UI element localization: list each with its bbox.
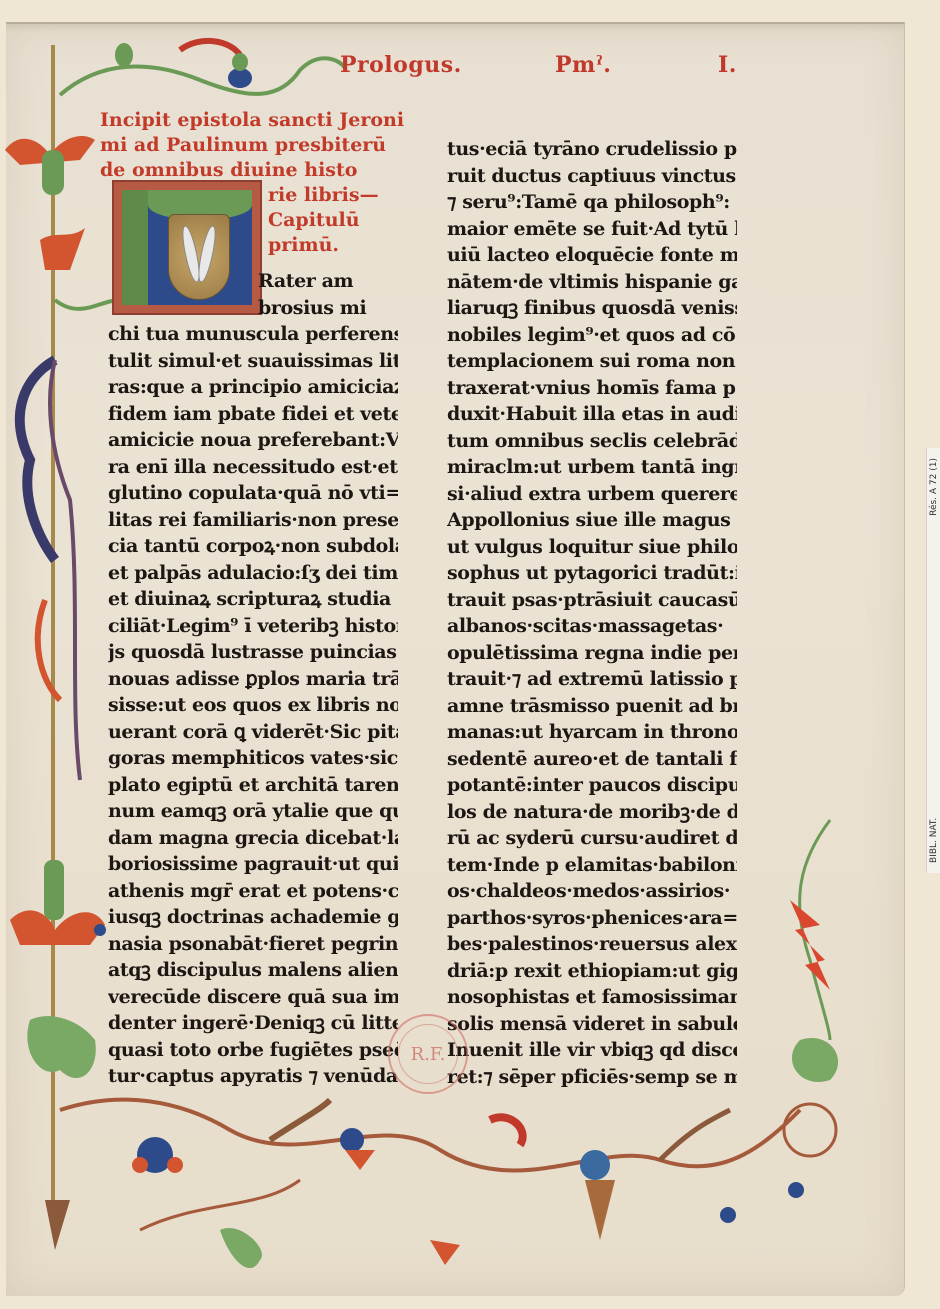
text-line: albanos·scitas·massagetas· [447, 613, 737, 640]
folio-number: I. [718, 52, 737, 78]
text-line: goras memphiticos vates·sic [108, 745, 398, 772]
text-column-right: tus·eciā tyrāno crudelissio pa= ruit duc… [447, 136, 737, 1090]
text-line: tem·Inde p elamitas·babiloni= [447, 852, 737, 879]
text-line: trauit psas·ptrāsiuit caucasū· [447, 587, 737, 614]
text-line: Rater am [108, 268, 398, 295]
text-line: chi tua munuscula perferens de= [108, 321, 398, 348]
text-line: tus·eciā tyrāno crudelissio pa= [447, 136, 737, 163]
text-line: solis mensā videret in sabulo: [447, 1011, 737, 1038]
text-line: sedentē aureo·et de tantali fōte [447, 746, 737, 773]
text-line: ut vulgus loquitur siue philo= [447, 534, 737, 561]
text-line: os·chaldeos·medos·assirios· [447, 878, 737, 905]
text-line: manas:ut hyarcam in throno [447, 719, 737, 746]
text-line: los de natura·de moribꝫ·de die= [447, 799, 737, 826]
text-line: js quosdā lustrasse puincias· [108, 639, 398, 666]
text-line: Inuenit ille vir vbiqꝫ qd disce= [447, 1037, 737, 1064]
text-line: quasi toto orbe fugiētes pseq̄= [108, 1037, 398, 1064]
text-line: liaruqꝫ finibus quosdā venisse [447, 295, 737, 322]
shelfmark: Rés. A 72 (1) [927, 458, 940, 516]
text-line: traxerat·vnius homīs fama p= [447, 375, 737, 402]
rubric-line: mi ad Paulinum presbiterū [100, 133, 390, 158]
rubric-line: Incipit epistola sancti Jeroni [100, 108, 390, 133]
text-line: iusqꝫ doctrinas achademie gig= [108, 904, 398, 931]
text-column-left: Rater am brosius mi chi tua munuscula pe… [108, 268, 398, 1090]
text-line: rū ac syderū cursu·audiret docē= [447, 825, 737, 852]
text-line: uerant corā ꝗ viderēt·Sic pita= [108, 719, 398, 746]
archive-ruler-strip: BIBL. NAT. Rés. A 72 (1) [926, 448, 940, 873]
text-line: glutino copulata·quā nō vti= [108, 480, 398, 507]
stamp-monogram: R.F. [411, 1044, 446, 1065]
text-line: num eamqꝫ orā ytalie que quō= [108, 798, 398, 825]
text-line: si·aliud extra urbem quererent [447, 481, 737, 508]
text-line: cia tantū corpoꝝ·non subdola [108, 533, 398, 560]
text-line: et diuinaꝝ scripturaꝝ studia cō= [108, 586, 398, 613]
text-line: tum omnibus seclis celebrādūqꝫ [447, 428, 737, 455]
text-line: templacionem sui roma non [447, 348, 737, 375]
text-line: litas rei familiaris·non presen= [108, 507, 398, 534]
text-line: nouas adisse ꝑplos maria trā= [108, 666, 398, 693]
text-line: uiū lacteo eloquēcie fonte ma= [447, 242, 737, 269]
text-line: potantē:inter paucos discipu= [447, 772, 737, 799]
text-line: atqꝫ discipulus malens aliena [108, 957, 398, 984]
text-line: driā:p rexit ethiopiam:ut gig= [447, 958, 737, 985]
text-line: ra enī illa necessitudo est·et xpi [108, 454, 398, 481]
text-line: nobiles legim⁹·et quos ad cō= [447, 322, 737, 349]
text-line: denter ingerē·Deniqꝫ cū litteras [108, 1010, 398, 1037]
text-line: ret:⁊ sēper pficiēs·semp se me= [447, 1064, 737, 1091]
text-line: boriosissime pagrauit·ut qui [108, 851, 398, 878]
text-line: amne trāsmisso puenit ad brag= [447, 693, 737, 720]
text-line: nātem·de vltimis hispanie gal= [447, 269, 737, 296]
text-line: verecūde discere quā sua impu= [108, 984, 398, 1011]
ruler-label: BIBL. NAT. [927, 818, 940, 863]
text-line: athenis mgr̄ erat et potens·cu= [108, 878, 398, 905]
text-line: Appollonius siue ille magus [447, 507, 737, 534]
text-line: duxit·Habuit illa etas in audi= [447, 401, 737, 428]
text-line: ruit ductus captiuus vinctus [447, 163, 737, 190]
text-line: bes·palestinos·reuersus alexan= [447, 931, 737, 958]
text-line: amicicie noua preferebant:Ve= [108, 427, 398, 454]
text-line: tulit simul·et suauissimas litte= [108, 348, 398, 375]
running-header-prologus: Prologus. [340, 52, 462, 78]
text-line: maior emēte se fuit·Ad tytū li= [447, 216, 737, 243]
text-line: trauit·⁊ ad extremū latissio phisō [447, 666, 737, 693]
text-line: ⁊ seru⁹:Tamē qa philosoph⁹: [447, 189, 737, 216]
text-line: dam magna grecia dicebat·la= [108, 825, 398, 852]
text-line: sophus ut pytagorici tradūt:i= [447, 560, 737, 587]
text-line: brosius mi [108, 295, 398, 322]
text-line: ras:que a principio amiciciaꝝ [108, 374, 398, 401]
text-line: nosophistas et famosissimam [447, 984, 737, 1011]
text-line: sisse:ut eos quos ex libris no [108, 692, 398, 719]
text-line: tur·captus apyratis ⁊ venūda= [108, 1063, 398, 1090]
text-line: nasia psonabāt·fieret pegrin⁹ [108, 931, 398, 958]
text-line: ciliāt·Legim⁹ ī veteribꝫ histori= [108, 613, 398, 640]
running-header-primus: Pmˀ. [555, 52, 611, 78]
text-line: miraclm:ut urbem tantā ingrs= [447, 454, 737, 481]
text-line: opulētissima regna indie pene= [447, 640, 737, 667]
text-line: parthos·syros·phenices·ara= [447, 905, 737, 932]
text-line: et palpās adulacio:ſʒ dei timor [108, 560, 398, 587]
library-stamp-icon: R.F. [388, 1014, 468, 1094]
text-line: plato egiptū et architā tarenti= [108, 772, 398, 799]
text-line: fidem iam pbate fidei et veteris [108, 401, 398, 428]
